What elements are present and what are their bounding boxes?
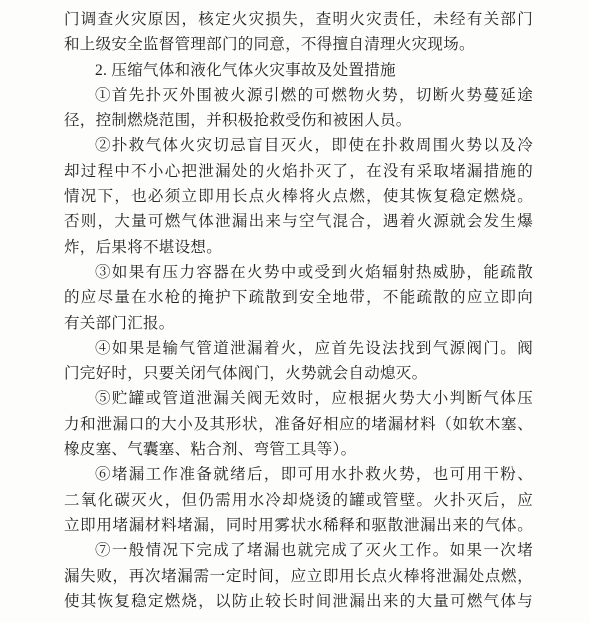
text-line: 使其恢复稳定燃烧，以防止较长时间泄漏出来的大量可燃气体与 — [64, 589, 533, 614]
text-line: 情况下，也必须立即用长点火棒将火点燃，使其恢复稳定燃烧。 — [64, 184, 533, 209]
text-line: 橡皮塞、气囊塞、粘合剂、弯管工具等）。 — [64, 437, 533, 462]
text-line: 2. 压缩气体和液化气体火灾事故及处置措施 — [64, 58, 533, 83]
document-page: 门调查火灾原因，核定火灾损失，查明火灾责任，未经有关部门和上级安全监督管理部门的… — [0, 0, 589, 623]
text-line: 的应尽量在水枪的掩护下疏散到安全地带，不能疏散的应立即向 — [64, 285, 533, 310]
text-line: 门完好时，只要关闭气体阀门，火势就会自动熄灭。 — [64, 361, 533, 386]
text-line: 二氧化碳灭火，但仍需用水冷却烧烫的罐或管壁。火扑灭后，应 — [64, 488, 533, 513]
text-line: 炸，后果将不堪设想。 — [64, 235, 533, 260]
text-line: ④如果是输气管道泄漏着火，应首先设法找到气源阀门。阀 — [64, 336, 533, 361]
text-line: 否则，大量可燃气体泄漏出来与空气混合，遇着火源就会发生爆 — [64, 209, 533, 234]
text-line: ①首先扑灭外围被火源引燃的可燃物火势，切断火势蔓延途 — [64, 83, 533, 108]
text-line: ⑦一般情况下完成了堵漏也就完成了灭火工作。如果一次堵 — [64, 538, 533, 563]
text-line: 立即用堵漏材料堵漏，同时用雾状水稀释和驱散泄漏出来的气体。 — [64, 513, 533, 538]
text-line: 漏失败，再次堵漏需一定时间，应立即用长点火棒将泄漏处点燃， — [64, 564, 533, 589]
text-block: 门调查火灾原因，核定火灾损失，查明火灾责任，未经有关部门和上级安全监督管理部门的… — [64, 7, 533, 614]
text-line: 力和泄漏口的大小及其形状，准备好相应的堵漏材料（如软木塞、 — [64, 412, 533, 437]
text-line: 和上级安全监督管理部门的同意，不得擅自清理火灾现场。 — [64, 32, 533, 57]
text-line: ③如果有压力容器在火势中或受到火焰辐射热威胁，能疏散 — [64, 260, 533, 285]
text-line: 门调查火灾原因，核定火灾损失，查明火灾责任，未经有关部门 — [64, 7, 533, 32]
text-line: 有关部门汇报。 — [64, 311, 533, 336]
text-line: ②扑救气体火灾切忌盲目灭火，即使在扑救周围火势以及冷 — [64, 133, 533, 158]
text-line: ⑥堵漏工作准备就绪后，即可用水扑救火势，也可用干粉、 — [64, 462, 533, 487]
text-line: 径，控制燃烧范围，并积极抢救受伤和被困人员。 — [64, 108, 533, 133]
text-line: 却过程中不小心把泄漏处的火焰扑灭了，在没有采取堵漏措施的 — [64, 159, 533, 184]
text-line: ⑤贮罐或管道泄漏关阀无效时，应根据火势大小判断气体压 — [64, 386, 533, 411]
